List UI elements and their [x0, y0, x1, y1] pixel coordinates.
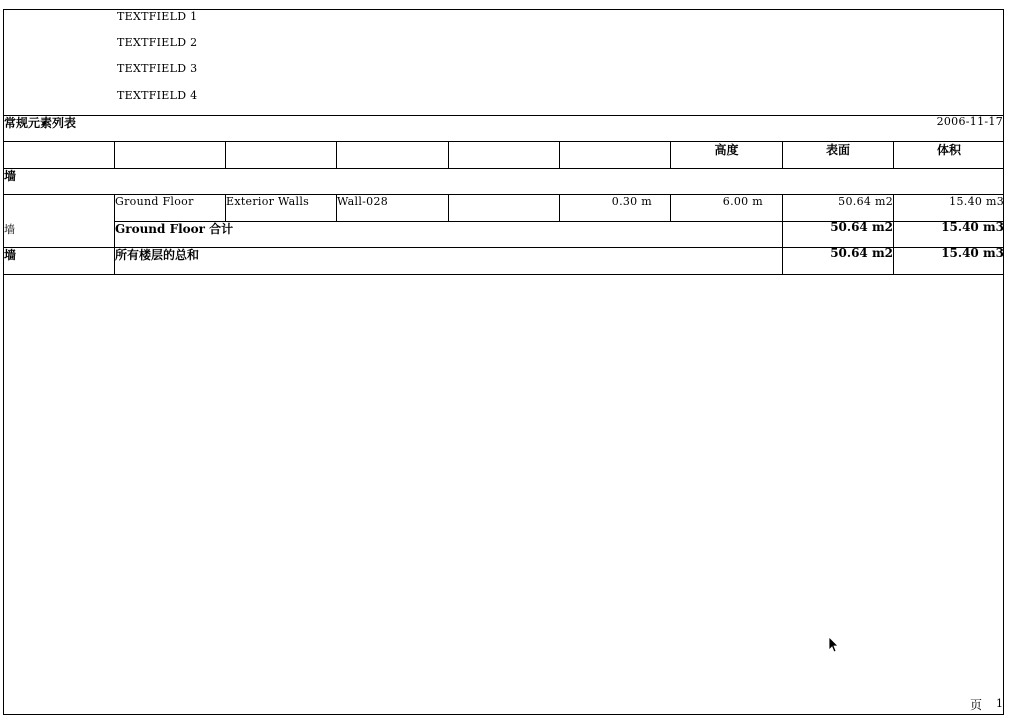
header-textfield-3: TEXTFIELD 3: [117, 62, 197, 75]
column-header-volume: 体积: [894, 141, 1004, 158]
id-cell: Wall-028: [337, 195, 388, 208]
page-number: 1: [996, 697, 1003, 710]
subtotal-surface: 50.64 m2: [783, 220, 893, 234]
page-label: 页: [970, 696, 982, 713]
subtotal-volume: 15.40 m3: [894, 220, 1004, 234]
total-volume: 15.40 m3: [894, 246, 1004, 260]
floor-cell: Ground Floor: [115, 195, 194, 208]
column-divider: [225, 141, 226, 168]
column-divider: [114, 141, 115, 168]
report-title: 常规元素列表: [4, 114, 76, 131]
divider: [3, 274, 1004, 275]
layer-cell: Exterior Walls: [226, 195, 309, 208]
row-group-cell: 墙: [4, 221, 15, 237]
report-date: 2006-11-17: [900, 115, 1003, 128]
column-header-surface: 表面: [783, 141, 893, 158]
total-group-label: 墙: [4, 246, 16, 263]
column-divider: [559, 141, 560, 168]
column-divider: [336, 141, 337, 168]
header-textfield-4: TEXTFIELD 4: [117, 89, 197, 102]
header-textfield-1: TEXTFIELD 1: [117, 10, 197, 23]
total-surface: 50.64 m2: [783, 246, 893, 260]
divider: [3, 115, 1004, 116]
column-divider: [448, 194, 449, 221]
mouse-cursor-icon: [828, 636, 840, 654]
thickness-cell: 0.30 m: [560, 195, 652, 208]
group-label: 墙: [4, 167, 16, 184]
divider: [3, 168, 1004, 169]
total-label: 所有楼层的总和: [115, 246, 199, 263]
volume-cell: 15.40 m3: [894, 195, 1004, 208]
subtotal-label: Ground Floor 合计: [115, 220, 233, 237]
height-cell: 6.00 m: [671, 195, 763, 208]
header-textfield-2: TEXTFIELD 2: [117, 36, 197, 49]
column-header-height: 高度: [671, 141, 782, 158]
surface-cell: 50.64 m2: [783, 195, 893, 208]
column-divider: [448, 141, 449, 168]
